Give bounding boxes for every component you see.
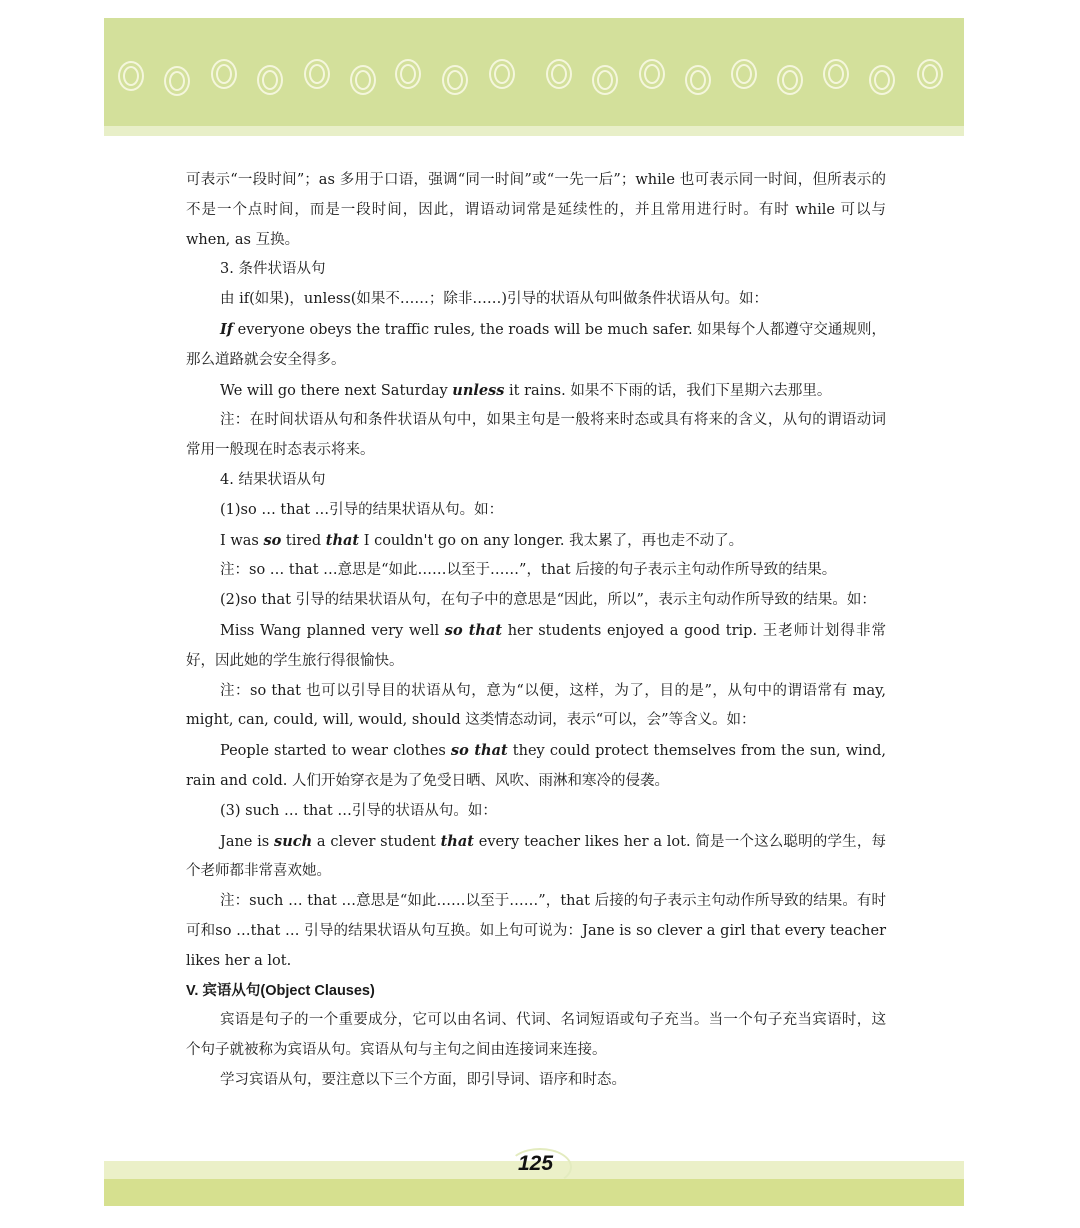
ring-icon [489,59,515,89]
ring-icon [304,59,330,89]
example-if: If everyone obeys the traffic rules, the… [186,315,886,376]
ring-icon [639,59,665,89]
keyword-unless: unless [452,382,504,399]
example-so-tired: I was so tired that I couldn't go on any… [186,526,886,557]
paragraph-if-unless: 由 if(如果)，unless(如果不……；除非……)引导的状语从句叫做条件状语… [186,285,886,315]
ring-icon [869,65,895,95]
ring-icon [350,65,376,95]
ring-icon [164,66,190,96]
ring-icon [442,65,468,95]
ring-icon [546,59,572,89]
paragraph-object-definition: 宾语是句子的一个重要成分，它可以由名词、代词、名词短语或句子充当。当一个句子充当… [186,1006,886,1066]
subheading-so-that-2: (2)so that 引导的结果状语从句，在句子中的意思是“因此，所以”，表示主… [186,586,886,616]
keyword-if: If [220,321,233,338]
paragraph-while-as: 可表示“一段时间”；as 多用于口语，强调“同一时间”或“一先一后”；while… [186,166,886,255]
ring-icon [211,59,237,89]
subheading-such-that: (3) such … that …引导的状语从句。如： [186,797,886,827]
ring-icon [592,65,618,95]
subheading-so-that: (1)so … that …引导的结果状语从句。如： [186,496,886,526]
ring-icon [917,59,943,89]
ring-icon [257,65,283,95]
example-unless: We will go there next Saturday unless it… [186,376,886,407]
ring-icon [395,59,421,89]
note-tense: 注：在时间状语从句和条件状语从句中，如果主句是一般将来时态或具有将来的含义，从句… [186,406,886,466]
note-so-that-meaning: 注：so … that …意思是“如此……以至于……”，that 后接的句子表示… [186,556,886,586]
heading-conditional-clause: 3. 条件状语从句 [186,255,886,285]
example-clothes: People started to wear clothes so that t… [186,736,886,797]
page-number-badge: 125 [508,1146,568,1186]
ring-icon [823,59,849,89]
ring-icon [731,59,757,89]
ring-icon [685,65,711,95]
heading-object-clauses: V. 宾语从句(Object Clauses) [186,977,886,1007]
header-light-strip [104,126,964,136]
ring-icon [777,65,803,95]
page-number: 125 [518,1152,553,1176]
example-miss-wang: Miss Wang planned very well so that her … [186,616,886,677]
note-such-that: 注：such … that …意思是“如此……以至于……”，that 后接的句子… [186,887,886,976]
ring-icon [118,61,144,91]
page-body: 可表示“一段时间”；as 多用于口语，强调“同一时间”或“一先一后”；while… [186,166,886,1096]
paragraph-object-aspects: 学习宾语从句，要注意以下三个方面，即引导词、语序和时态。 [186,1066,886,1096]
example-jane: Jane is such a clever student that every… [186,827,886,888]
heading-result-clause: 4. 结果状语从句 [186,466,886,496]
note-purpose-clause: 注：so that 也可以引导目的状语从句，意为“以便，这样，为了，目的是”，从… [186,677,886,737]
